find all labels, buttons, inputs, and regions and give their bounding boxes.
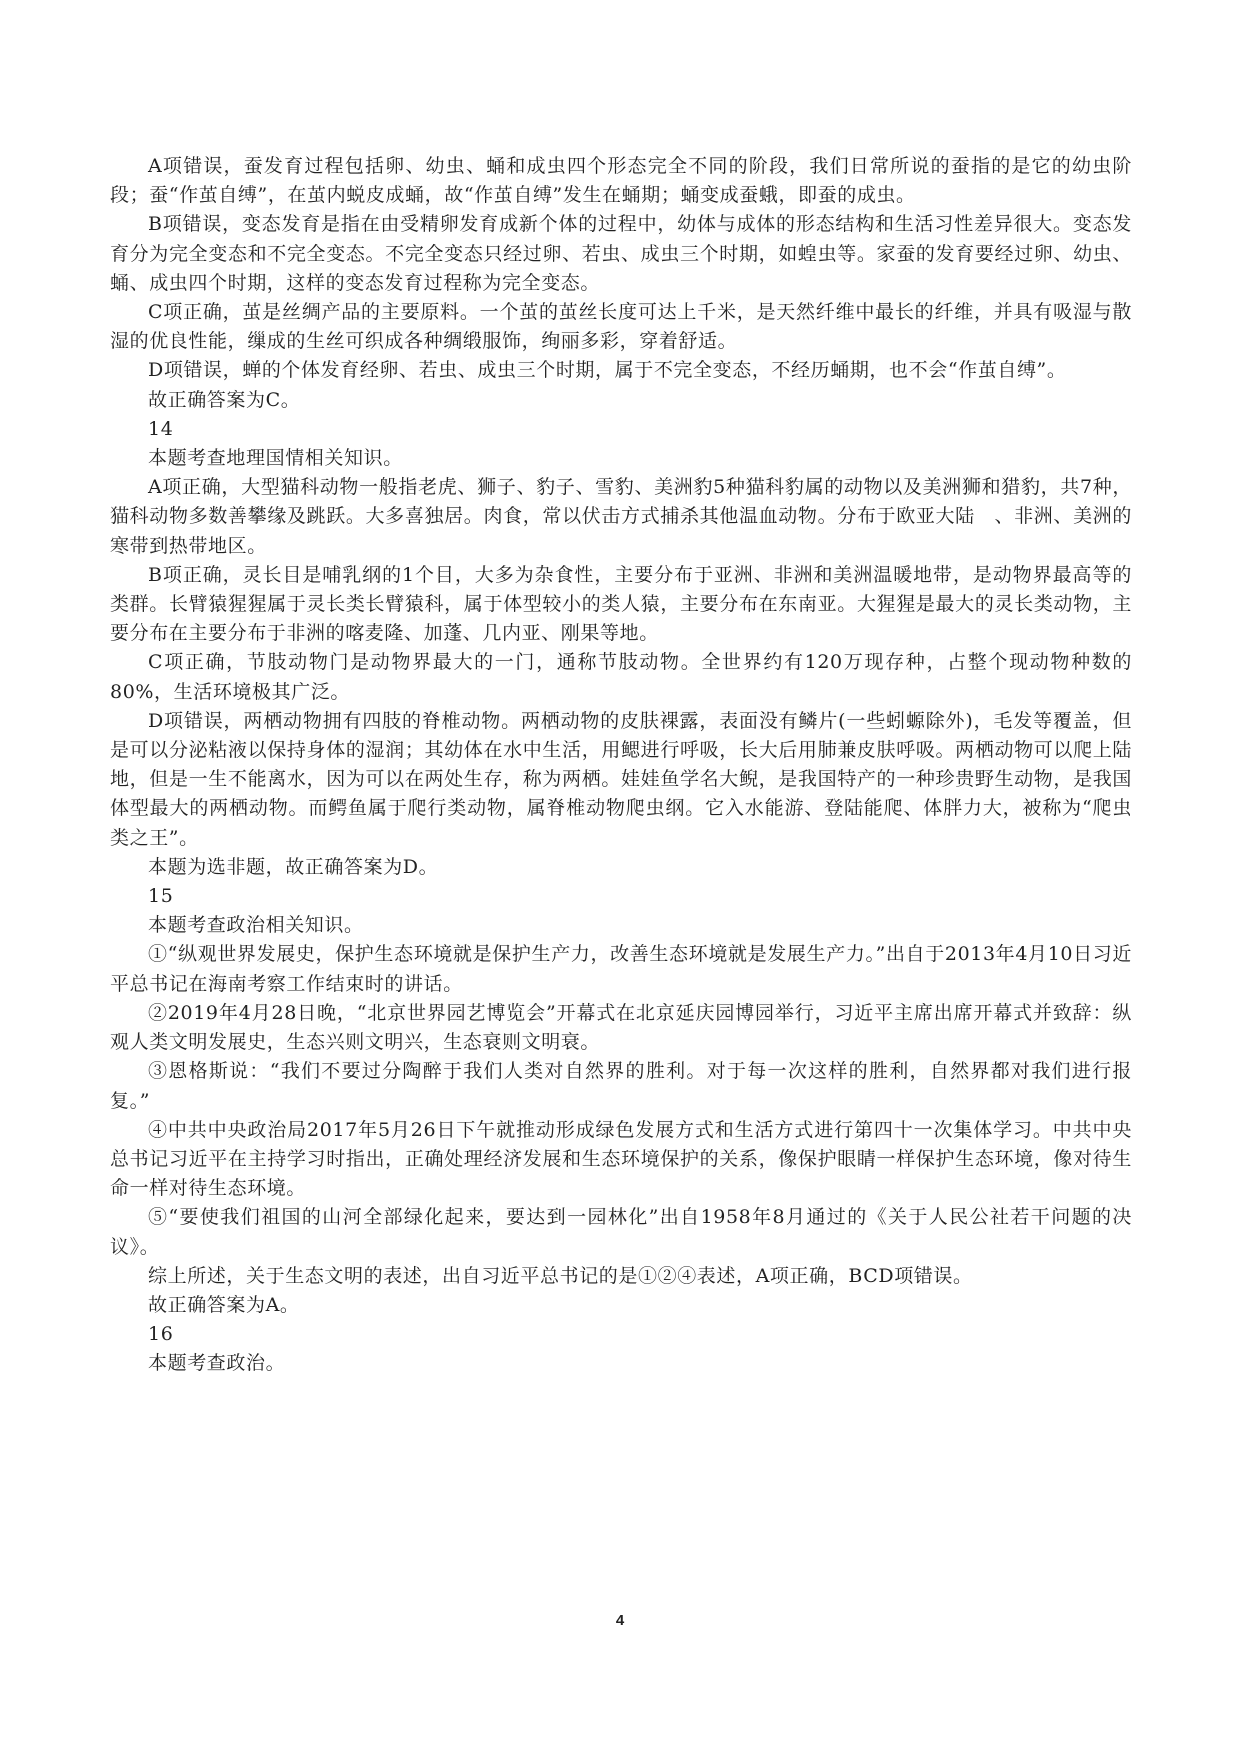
paragraph-13-option-d: D项错误，蝉的个体发育经卵、若虫、成虫三个时期，属于不完全变态，不经历蛹期，也不… bbox=[110, 356, 1132, 385]
paragraph-13-option-b: B项错误，变态发育是指在由受精卵发育成新个体的过程中，幼体与成体的形态结构和生活… bbox=[110, 210, 1132, 298]
paragraph-15-answer: 故正确答案为A。 bbox=[110, 1291, 1132, 1320]
paragraph-13-answer: 故正确答案为C。 bbox=[110, 386, 1132, 415]
paragraph-14-option-b: B项正确，灵长目是哺乳纲的1个目，大多为杂食性，主要分布于亚洲、非洲和美洲温暖地… bbox=[110, 561, 1132, 649]
paragraph-13-option-a: A项错误，蚕发育过程包括卵、幼虫、蛹和成虫四个形态完全不同的阶段，我们日常所说的… bbox=[110, 152, 1132, 210]
paragraph-14-option-a: A项正确，大型猫科动物一般指老虎、狮子、豹子、雪豹、美洲豹5种猫科豹属的动物以及… bbox=[110, 473, 1132, 561]
question-number-14: 14 bbox=[110, 415, 1132, 444]
paragraph-15-item-2: ②2019年4月28日晚，“北京世界园艺博览会”开幕式在北京延庆园博园举行，习近… bbox=[110, 999, 1132, 1057]
question-number-15: 15 bbox=[110, 882, 1132, 911]
paragraph-14-option-d: D项错误，两栖动物拥有四肢的脊椎动物。两栖动物的皮肤裸露，表面没有鳞片(一些蚓螈… bbox=[110, 707, 1132, 853]
paragraph-15-item-4: ④中共中央政治局2017年5月26日下午就推动形成绿色发展方式和生活方式进行第四… bbox=[110, 1116, 1132, 1204]
document-body: A项错误，蚕发育过程包括卵、幼虫、蛹和成虫四个形态完全不同的阶段，我们日常所说的… bbox=[110, 152, 1132, 1379]
paragraph-16-topic: 本题考查政治。 bbox=[110, 1349, 1132, 1378]
paragraph-14-answer: 本题为选非题，故正确答案为D。 bbox=[110, 853, 1132, 882]
question-number-16: 16 bbox=[110, 1320, 1132, 1349]
paragraph-15-item-1: ①“纵观世界发展史，保护生态环境就是保护生产力，改善生态环境就是发展生产力。”出… bbox=[110, 940, 1132, 998]
paragraph-14-topic: 本题考查地理国情相关知识。 bbox=[110, 444, 1132, 473]
page-number: 4 bbox=[0, 1612, 1240, 1629]
paragraph-15-summary: 综上所述，关于生态文明的表述，出自习近平总书记的是①②④表述，A项正确，BCD项… bbox=[110, 1262, 1132, 1291]
paragraph-14-option-c: C项正确，节肢动物门是动物界最大的一门，通称节肢动物。全世界约有120万现存种，… bbox=[110, 648, 1132, 706]
paragraph-15-item-5: ⑤“要使我们祖国的山河全部绿化起来，要达到一园林化”出自1958年8月通过的《关… bbox=[110, 1203, 1132, 1261]
paragraph-13-option-c: C项正确，茧是丝绸产品的主要原料。一个茧的茧丝长度可达上千米，是天然纤维中最长的… bbox=[110, 298, 1132, 356]
paragraph-15-item-3: ③恩格斯说：“我们不要过分陶醉于我们人类对自然界的胜利。对于每一次这样的胜利，自… bbox=[110, 1057, 1132, 1115]
paragraph-15-topic: 本题考查政治相关知识。 bbox=[110, 911, 1132, 940]
